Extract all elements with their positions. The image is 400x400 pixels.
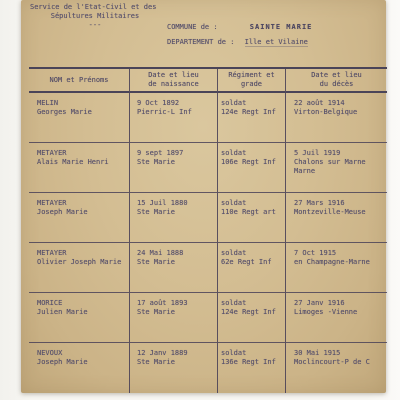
row-4-death-cell: 7 Oct 1915 en Champagne-Marne <box>286 243 387 293</box>
departement-field: DEPARTEMENT de : Ille et Vilaine <box>167 38 308 47</box>
row-4-name-cell: METAYER Olivier Joseph Marie <box>29 243 130 293</box>
row-3-name-cell: METAYER Joseph Marie <box>29 193 130 243</box>
row-2-death-cell: 5 Juil 1919 Chalons sur Marne Marne <box>286 143 387 193</box>
service-dashes: --- <box>30 21 160 30</box>
row-2-name-cell: METAYER Alais Marie Henri <box>29 143 130 193</box>
commune-label: COMMUNE de : <box>167 23 218 31</box>
column-header-birth: Date et lieu de naissance <box>130 69 218 93</box>
row-5-regiment-cell: soldat 124e Regt Inf <box>218 293 286 343</box>
row-1-birth-cell: 9 Oct 1892 Pierric-L Inf <box>130 93 218 143</box>
service-line-1: Service de l'Etat-Civil et des <box>30 3 160 12</box>
row-1-name-cell: MELIN Georges Marie <box>29 93 130 143</box>
row-5-death-cell: 27 Janv 1916 Limoges -Vienne <box>286 293 387 343</box>
service-header-block: Service de l'Etat-Civil et des Sépulture… <box>30 3 160 30</box>
column-header-regiment: Régiment et grade <box>218 69 286 93</box>
row-6-birth-cell: 12 Janv 1889 Ste Marie <box>130 343 218 393</box>
column-header-name: NOM et Prénoms <box>29 69 130 93</box>
column-header-death: Date et lieu du décès <box>286 69 387 93</box>
commune-value: SAINTE MARIE <box>250 23 313 31</box>
row-2-regiment-cell: soldat 106e Regt Inf <box>218 143 286 193</box>
row-1-regiment-cell: soldat 124e Regt Inf <box>218 93 286 143</box>
military-death-register-table: NOM et Prénoms Date et lieu de naissance… <box>29 67 387 393</box>
departement-label: DEPARTEMENT de : <box>167 38 234 46</box>
service-line-2: Sépultures Militaires <box>30 12 160 21</box>
row-5-birth-cell: 17 août 1893 Ste Marie <box>130 293 218 343</box>
row-4-regiment-cell: soldat 62e Regt Inf <box>218 243 286 293</box>
row-4-birth-cell: 24 Mai 1888 Ste Marie <box>130 243 218 293</box>
row-1-death-cell: 22 août 1914 Virton-Belgique <box>286 93 387 143</box>
row-3-regiment-cell: soldat 110e Regt art <box>218 193 286 243</box>
row-2-birth-cell: 9 sept 1897 Ste Marie <box>130 143 218 193</box>
row-5-name-cell: MORICE Julien Marie <box>29 293 130 343</box>
row-6-name-cell: NEVOUX Joseph Marie <box>29 343 130 393</box>
departement-value: Ille et Vilaine <box>245 38 308 47</box>
row-6-death-cell: 30 Mai 1915 Moclincourt-P de C <box>286 343 387 393</box>
row-3-birth-cell: 15 Juil 1880 Ste Marie <box>130 193 218 243</box>
row-6-regiment-cell: soldat 136e Regt Inf <box>218 343 286 393</box>
row-3-death-cell: 27 Mars 1916 Montzeville-Meuse <box>286 193 387 243</box>
document-paper: Service de l'Etat-Civil et des Sépulture… <box>21 0 386 393</box>
commune-field: COMMUNE de : SAINTE MARIE <box>167 23 312 32</box>
